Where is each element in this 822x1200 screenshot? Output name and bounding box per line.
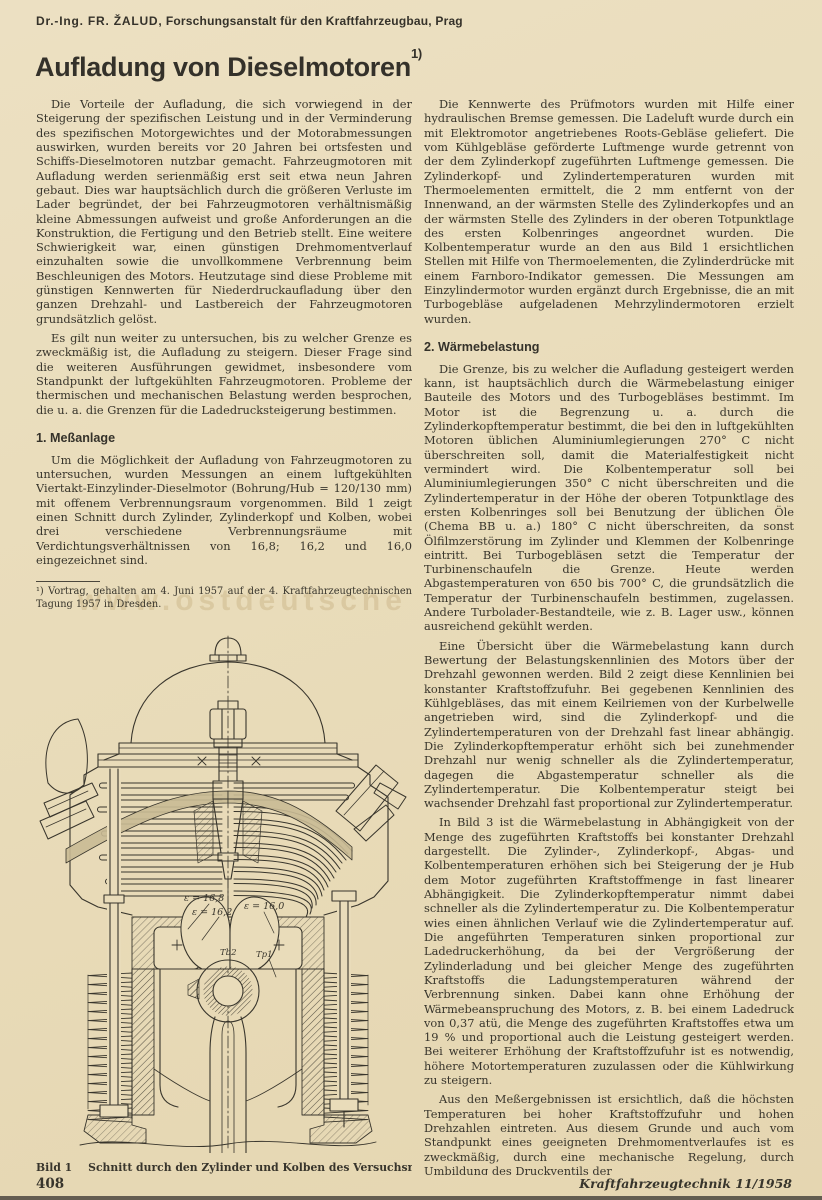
left-port (40, 719, 98, 839)
left-column: Die Vorteile der Aufladung, die sich vor… (36, 97, 412, 1175)
footnote-mark: 1) (411, 46, 422, 61)
reference-x-marks (198, 757, 260, 765)
paragraph: Die Vorteile der Aufladung, die sich vor… (36, 97, 412, 326)
paragraph: Es gilt nun weiter zu untersuchen, bis z… (36, 331, 412, 417)
paragraph: Die Grenze, bis zu welcher die Aufladung… (424, 362, 794, 634)
engine-cross-section-drawing: ε = 16,8 ε = 16,2 ε = 16,0 Tb2 Tp1 (36, 633, 412, 1153)
right-column: Die Kennwerte des Prüfmotors wurden mit … (424, 97, 794, 1175)
section-heading-messanlage: 1. Meßanlage (36, 431, 412, 447)
label-epsilon-168: ε = 16,8 (184, 893, 224, 904)
paragraph: Eine Übersicht über die Wärmebelastung k… (424, 639, 794, 811)
page-number: 408 (36, 1176, 64, 1192)
author-byline: Dr.-Ing. FR. ŽALUD, Forschungsanstalt fü… (36, 14, 776, 28)
figure-caption: Bild 1 Schnitt durch den Zylinder und Ko… (36, 1161, 412, 1175)
author-affiliation: Forschungsanstalt für den Kraftfahrzeugb… (166, 14, 463, 28)
author-name: Dr.-Ing. FR. ŽALUD, (36, 14, 163, 28)
figure-caption-text: Schnitt durch den Zylinder und Kolben de… (88, 1161, 412, 1175)
scanned-journal-page: Dr.-Ing. FR. ŽALUD, Forschungsanstalt fü… (0, 0, 822, 1200)
article-title: Aufladung von Dieselmotoren1) (35, 46, 795, 83)
paragraph: Aus den Meßergebnissen ist ersichtlich, … (424, 1092, 794, 1175)
label-tp1: Tp1 (256, 950, 273, 960)
figure-bild-1: ε = 16,8 ε = 16,2 ε = 16,0 Tb2 Tp1 Bild … (36, 633, 412, 1175)
label-epsilon-162: ε = 16,2 (192, 907, 232, 918)
right-port (336, 765, 406, 841)
figure-caption-label: Bild 1 (36, 1161, 72, 1175)
paragraph: In Bild 3 ist die Wärmebelastung in Abhä… (424, 815, 794, 1087)
footnote: ¹) Vortrag, gehalten am 4. Juni 1957 auf… (36, 581, 412, 611)
section-heading-waermebelastung: 2. Wärmebelastung (424, 340, 794, 356)
page-footer: 408 Kraftfahrzeugtechnik 11/1958 (36, 1176, 792, 1192)
paragraph: Die Kennwerte des Prüfmotors wurden mit … (424, 97, 794, 326)
paragraph: Um die Möglichkeit der Aufladung von Fah… (36, 453, 412, 568)
journal-reference: Kraftfahrzeugtechnik 11/1958 (579, 1176, 792, 1191)
label-tb2: Tb2 (220, 948, 237, 958)
label-epsilon-160: ε = 16,0 (244, 901, 284, 912)
fuel-injector (194, 701, 262, 917)
